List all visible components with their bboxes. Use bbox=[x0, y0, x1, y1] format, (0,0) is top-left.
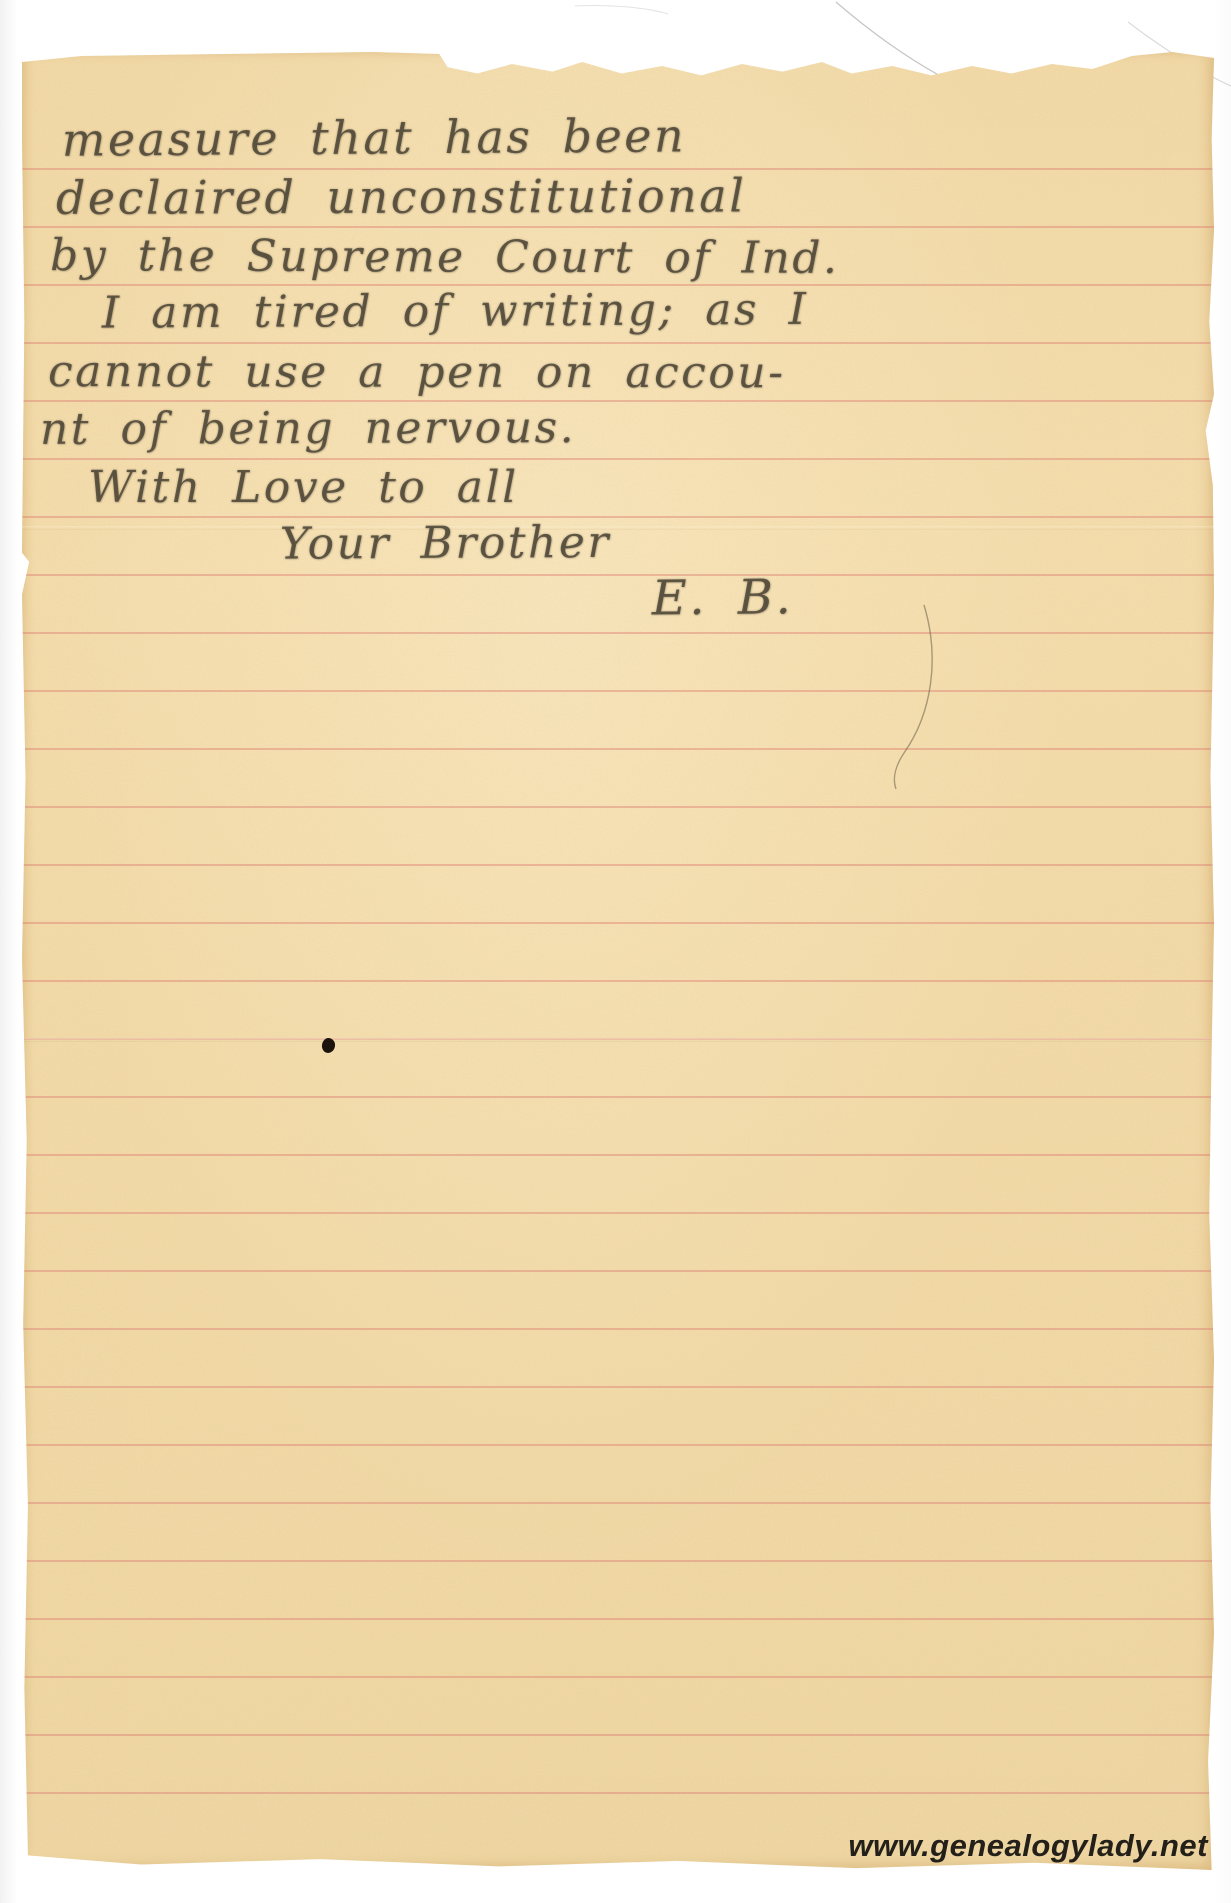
watermark-text: www.genealogylady.net bbox=[848, 1828, 1208, 1864]
handwriting-line-text: E. B. bbox=[651, 569, 793, 626]
handwriting-line: cannot use a pen on accou- bbox=[22, 344, 1214, 404]
handwriting-line-text: Your Brother bbox=[280, 517, 611, 570]
ink-blot bbox=[321, 1037, 336, 1054]
handwriting-line: measure that has been bbox=[22, 104, 1214, 170]
handwriting-line-text: cannot use a pen on accou- bbox=[48, 346, 786, 398]
handwriting-line-text: by the Supreme Court of Ind. bbox=[50, 230, 840, 284]
handwriting-line-text: measure that has been bbox=[62, 108, 687, 166]
handwriting-line: declaired unconstitutional bbox=[22, 166, 1214, 228]
handwriting-line-text: declaired unconstitutional bbox=[56, 168, 747, 224]
letter-page: measure that has been declaired unconsti… bbox=[22, 48, 1214, 1870]
handwriting-line-text: nt of being nervous. bbox=[40, 402, 576, 455]
handwriting: measure that has been declaired unconsti… bbox=[22, 112, 1214, 634]
handwriting-line: E. B. bbox=[21, 566, 1213, 634]
handwriting-line: I am tired of writing; as I bbox=[22, 280, 1214, 344]
handwriting-line-text: I am tired of writing; as I bbox=[102, 284, 809, 339]
handwriting-line: With Love to all bbox=[22, 460, 1214, 518]
fold-crease-lower bbox=[22, 1038, 1214, 1042]
handwriting-line: nt of being nervous. bbox=[22, 398, 1214, 460]
handwriting-line-text: With Love to all bbox=[88, 462, 519, 513]
